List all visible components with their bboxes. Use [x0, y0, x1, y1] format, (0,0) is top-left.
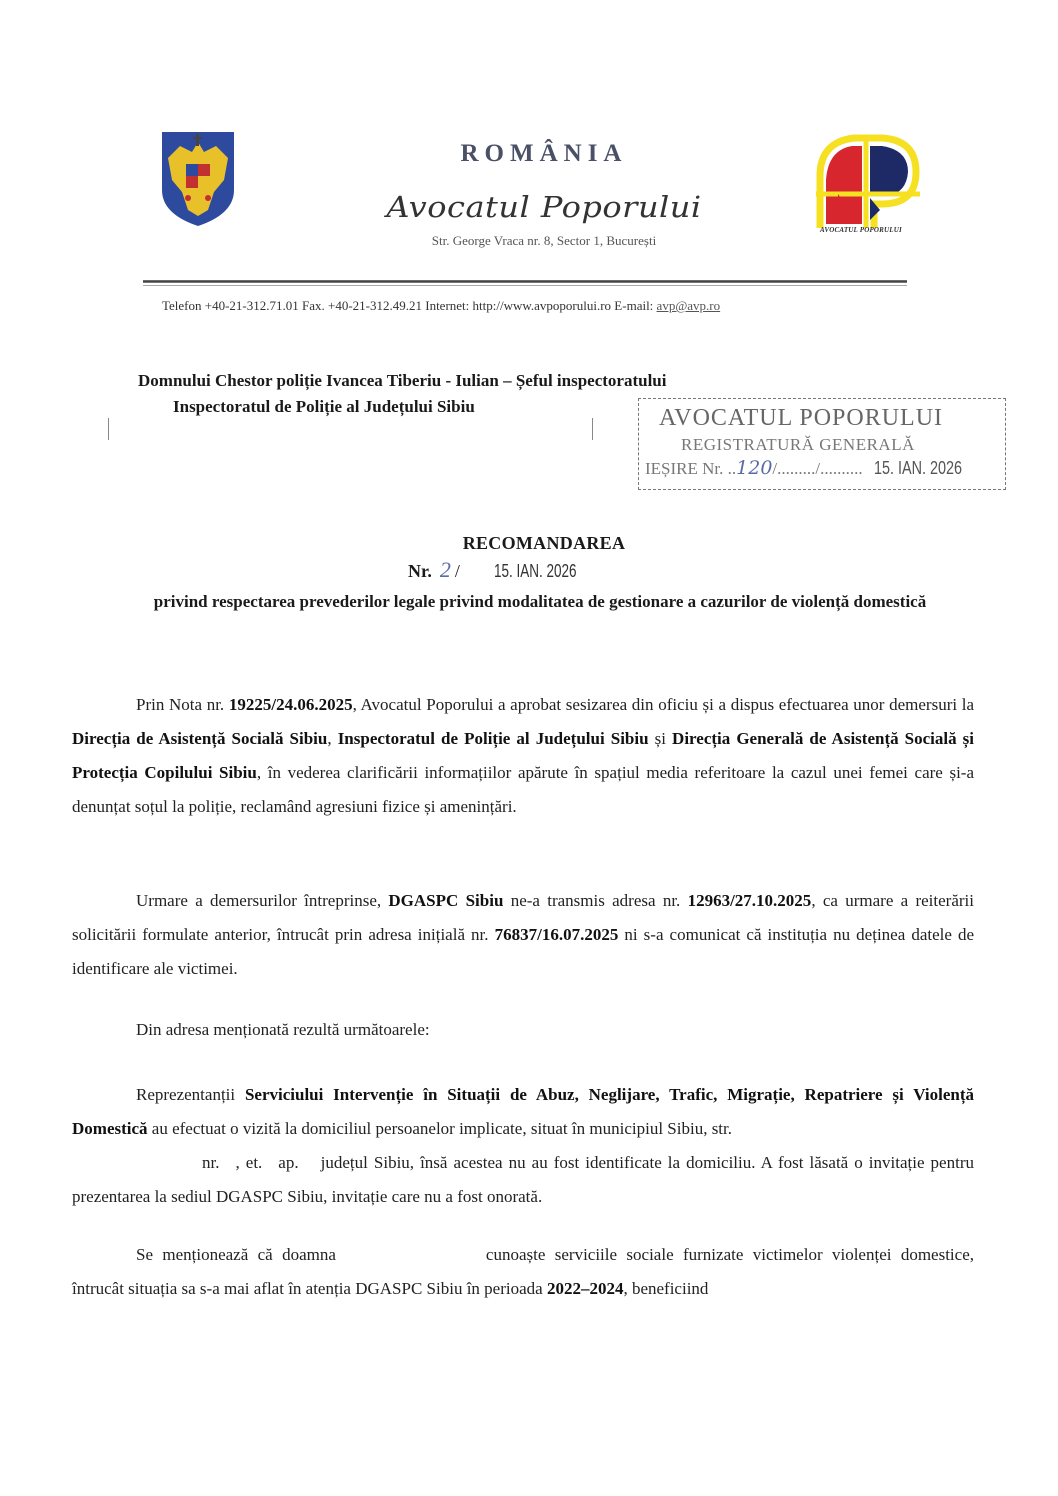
stamp-title: AVOCATUL POPORULUI: [659, 405, 943, 432]
paragraph-5: Se menționează că doamnacunoaște servici…: [72, 1238, 974, 1306]
stamp-date: 15. IAN. 2026: [874, 458, 962, 479]
stamp-exit-line: IEȘIRE Nr. ..120/........./..........15.…: [645, 457, 973, 479]
paragraph-1: Prin Nota nr. 19225/24.06.2025, Avocatul…: [72, 688, 974, 824]
stamp-exit-number: 120: [736, 457, 772, 479]
margin-mark: [592, 418, 593, 440]
addressee-line-1: Domnului Chestor poliție Ivancea Tiberiu…: [138, 371, 667, 391]
document-subject: privind respectarea prevederilor legale …: [110, 588, 970, 615]
margin-mark: [108, 418, 109, 440]
email-link[interactable]: avp@avp.ro: [657, 298, 721, 313]
contact-details: Telefon +40-21-312.71.01 Fax. +40-21-312…: [162, 298, 657, 313]
document-number-line: Nr.2/15. IAN. 2026: [408, 557, 604, 583]
document-number: 2: [440, 557, 451, 582]
document-number-label: Nr.: [408, 561, 432, 581]
stamp-exit-label: IEȘIRE Nr.: [645, 459, 723, 478]
contact-line: Telefon +40-21-312.71.01 Fax. +40-21-312…: [162, 298, 720, 314]
paragraph-3: Din adresa menționată rezultă următoarel…: [72, 1013, 974, 1047]
paragraph-4: Reprezentanții Serviciului Intervenție î…: [72, 1078, 974, 1214]
logo-caption: AVOCATUL POPORULUI: [820, 226, 930, 234]
header-divider: [143, 280, 907, 283]
document-title: RECOMANDAREA: [0, 533, 1058, 554]
addressee-line-2: Inspectoratul de Poliție al Județului Si…: [173, 397, 475, 417]
document-date: 15. IAN. 2026: [494, 561, 577, 582]
header-divider-thin: [143, 285, 907, 286]
avocatul-poporului-logo-icon: [808, 128, 926, 240]
paragraph-2: Urmare a demersurilor întreprinse, DGASP…: [72, 884, 974, 986]
registry-stamp: AVOCATUL POPORULUI REGISTRATURĂ GENERALĂ…: [638, 398, 1006, 490]
stamp-subtitle: REGISTRATURĂ GENERALĂ: [681, 435, 915, 455]
